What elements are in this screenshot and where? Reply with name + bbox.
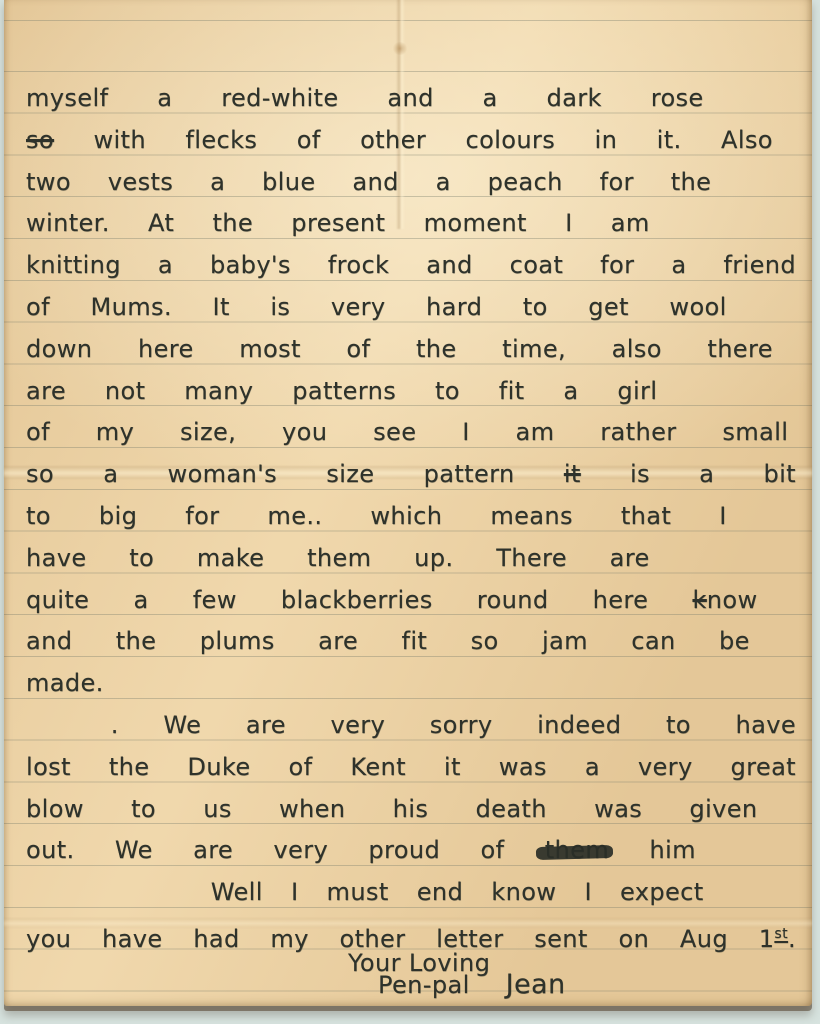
closing-line: Pen-palJean bbox=[26, 974, 796, 996]
letter-text-segment: made. bbox=[26, 669, 104, 697]
letter-text-segment: knitting a baby's frock and coat for a f… bbox=[26, 251, 796, 279]
letter-closing: Your Loving Pen-palJean bbox=[26, 952, 796, 996]
letter-line: knitting a baby's frock and coat for a f… bbox=[26, 245, 796, 287]
closing-penpal: Pen-pal bbox=[378, 971, 470, 999]
letter-text-segment: and the plums are fit so jam can be bbox=[26, 627, 750, 655]
letter-text-segment: him bbox=[609, 836, 696, 864]
letter-text-segment: is a bit bbox=[581, 460, 796, 488]
letter-text-segment: Well I must end know I expect bbox=[211, 878, 704, 906]
letter-paper: myself a red-white and a dark roseso wit… bbox=[4, 0, 812, 1006]
letter-text-segment: lost the Duke of Kent it was a very grea… bbox=[26, 753, 796, 781]
scanned-letter: myself a red-white and a dark roseso wit… bbox=[0, 0, 820, 1024]
letter-line: winter. At the present moment I am bbox=[26, 203, 650, 245]
letter-text-segment: . We are very sorry indeed to have bbox=[111, 711, 796, 739]
letter-line: . We are very sorry indeed to have bbox=[111, 705, 796, 747]
letter-text-segment: now bbox=[707, 586, 758, 614]
letter-line: lost the Duke of Kent it was a very grea… bbox=[26, 747, 796, 789]
letter-line: out. We are very proud of them him bbox=[26, 830, 696, 872]
letter-line: blow to us when his death was given bbox=[26, 789, 758, 831]
letter-line: so with flecks of other colours in it. A… bbox=[26, 120, 773, 162]
letter-line: two vests a blue and a peach for the bbox=[26, 162, 711, 204]
letter-line: made. bbox=[26, 663, 796, 705]
letter-text-segment: blow to us when his death was given bbox=[26, 795, 758, 823]
letter-text-segment: so a woman's size pattern bbox=[26, 460, 564, 488]
letter-text-segment: . bbox=[788, 925, 796, 953]
letter-text-segment: of my size, you see I am rather small bbox=[26, 418, 788, 446]
letter-text-segment: are not many patterns to fit a girl bbox=[26, 377, 657, 405]
letter-text-segment: down here most of the time, also there bbox=[26, 335, 773, 363]
letter-line: so a woman's size pattern it is a bit bbox=[26, 454, 796, 496]
letter-line: Well I must end know I expect bbox=[211, 872, 704, 914]
letter-line: of my size, you see I am rather small bbox=[26, 412, 788, 454]
letter-line: have to make them up. There are bbox=[26, 538, 650, 580]
letter-text-segment: myself a red-white and a dark rose bbox=[26, 84, 704, 112]
letter-line: and the plums are fit so jam can be bbox=[26, 621, 750, 663]
letter-line: of Mums. It is very hard to get wool bbox=[26, 287, 727, 329]
letter-text-segment: st bbox=[774, 926, 788, 942]
letter-text-segment: with flecks of other colours in it. Also bbox=[54, 126, 773, 154]
letter-text-segment: winter. At the present moment I am bbox=[26, 209, 650, 237]
letter-lines: myself a red-white and a dark roseso wit… bbox=[26, 78, 796, 956]
signature: Jean bbox=[506, 969, 566, 1000]
letter-line: are not many patterns to fit a girl bbox=[26, 371, 657, 413]
letter-text-segment: so bbox=[26, 126, 54, 154]
letter-line: down here most of the time, also there bbox=[26, 329, 773, 371]
letter-text-segment: of Mums. It is very hard to get wool bbox=[26, 293, 727, 321]
letter-text-segment: to big for me.. which means that I bbox=[26, 502, 727, 530]
paper-stain bbox=[392, 42, 408, 55]
letter-text-segment: out. We are very proud of bbox=[26, 836, 545, 864]
letter-text-segment: k bbox=[692, 586, 706, 614]
letter-text-segment: it bbox=[564, 460, 581, 488]
letter-line: to big for me.. which means that I bbox=[26, 496, 727, 538]
letter-text-segment: two vests a blue and a peach for the bbox=[26, 168, 711, 196]
letter-text-segment: quite a few blackberries round here bbox=[26, 586, 692, 614]
letter-line: myself a red-white and a dark rose bbox=[26, 78, 704, 120]
letter-text-segment: have to make them up. There are bbox=[26, 544, 650, 572]
letter-text-segment: them bbox=[545, 836, 609, 864]
letter-line: quite a few blackberries round here know bbox=[26, 580, 758, 622]
